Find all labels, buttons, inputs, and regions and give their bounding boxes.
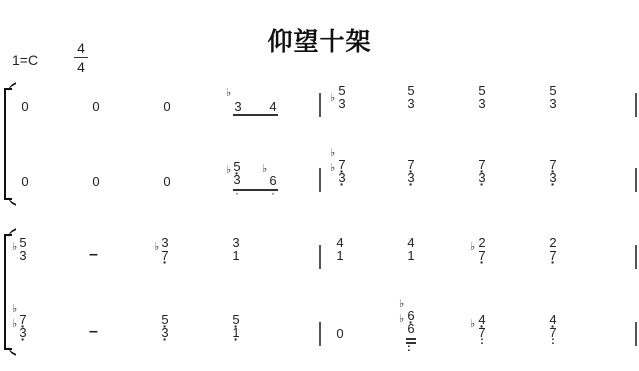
chord: 53 [546,84,560,110]
chord: 37 [158,236,172,262]
chord: 53 [16,236,30,262]
note-digit: 3 [16,326,30,339]
time-signature-bottom: 4 [77,59,85,75]
chord: 27 [546,236,560,262]
chord: 51 [229,313,243,339]
note: 3 [231,100,245,113]
chord: 31 [229,236,243,262]
note-digit: 0 [160,100,174,113]
chord: 53 [158,313,172,339]
chord: 41 [333,236,347,262]
score-title: 仰望十架 [0,22,639,58]
chord: 53 [404,84,418,110]
chord: 47 [475,313,489,339]
system-1-bracket [4,88,12,200]
note-digit: 0 [89,100,103,113]
note-digit: 0 [160,175,174,188]
chord: 73 [335,158,349,184]
flat-icon: ♭ [226,86,231,99]
note: 4 [266,100,280,113]
note-rest: 0 [160,100,174,113]
barline [319,245,321,269]
chord: 73 [404,158,418,184]
note-digit: 3 [546,171,560,184]
sustain-dash: – [89,246,98,264]
note-digit: 4 [266,100,280,113]
note-digit: 1 [229,326,243,339]
note-rest: 0 [18,175,32,188]
chord: 66 [404,309,418,335]
time-signature-top: 4 [77,40,85,56]
note-digit: 3 [230,173,244,186]
barline [635,93,637,117]
note-digit: 3 [475,171,489,184]
chord: 27 [475,236,489,262]
chord: 47 [546,313,560,339]
key-signature: 1=C [12,52,38,68]
note-rest: 0 [333,327,347,340]
chord: 73 [16,313,30,339]
system-2-bracket [4,234,12,350]
low-octave-dot: · [271,189,275,197]
note-rest: 0 [89,175,103,188]
chord: 41 [404,236,418,262]
note-digit: 7 [475,249,489,262]
note-digit: 3 [335,97,349,110]
chord: 53 [475,84,489,110]
note-digit: 7 [546,326,560,339]
barline [319,168,321,192]
note-rest: 0 [160,175,174,188]
low-octave-dot: · [235,189,239,197]
note-digit: 6 [404,322,418,335]
sixteenth-beam [406,338,416,340]
note-digit: 7 [546,249,560,262]
note-digit: 1 [229,249,243,262]
chord: 53 [230,160,244,186]
barline [635,245,637,269]
note-digit: 7 [475,326,489,339]
note-digit: 3 [158,326,172,339]
note-digit: 1 [404,249,418,262]
note-digit: 1 [333,249,347,262]
barline [319,322,321,346]
note-digit: 3 [404,171,418,184]
note-digit: 3 [335,171,349,184]
note-digit: 3 [404,97,418,110]
sustain-dash: – [89,323,98,341]
chord: 73 [546,158,560,184]
low-octave-dots: : [407,343,411,353]
note-digit: 3 [546,97,560,110]
note-digit: 3 [475,97,489,110]
note-digit: 0 [333,327,347,340]
time-signature: 4 4 [74,40,88,75]
barline [635,322,637,346]
note-rest: 0 [18,100,32,113]
time-signature-divider [74,57,88,58]
note-digit: 7 [158,249,172,262]
chord: 53 [335,84,349,110]
barline [319,93,321,117]
chord: 73 [475,158,489,184]
note-rest: 0 [89,100,103,113]
note-digit: 3 [231,100,245,113]
note-digit: 0 [18,175,32,188]
note-digit: 0 [89,175,103,188]
note-digit: 0 [18,100,32,113]
barline [635,168,637,192]
note-digit: 3 [16,249,30,262]
eighth-beam [233,114,278,116]
